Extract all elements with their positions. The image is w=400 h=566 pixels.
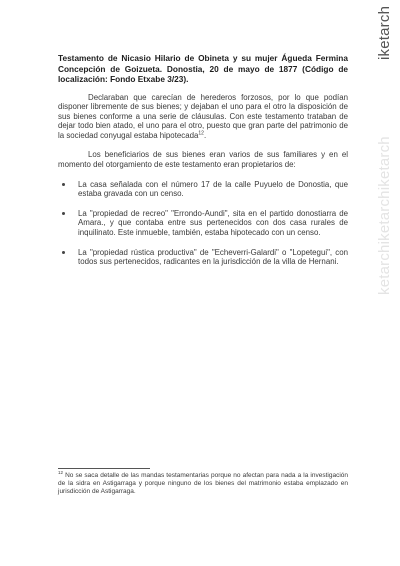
bullet-icon: [62, 251, 65, 254]
list-item-text: La casa señalada con el número 17 de la …: [78, 180, 348, 199]
watermark: ketarchiketarchiketarch iketarch: [372, 0, 398, 300]
list-item: La casa señalada con el número 17 de la …: [58, 180, 348, 199]
property-list: La casa señalada con el número 17 de la …: [58, 180, 348, 267]
bullet-icon: [62, 183, 65, 186]
list-item: La "propiedad rústica productiva" de "Ec…: [58, 248, 348, 267]
document-page: Testamento de Nicasio Hilario de Obineta…: [58, 53, 348, 277]
footnote-divider: [58, 468, 150, 469]
watermark-faint-text: ketarchiketarchiketarch: [376, 136, 393, 295]
paragraph-end: .: [204, 131, 206, 140]
footnote-text: No se saca detalle de las mandas testame…: [58, 472, 348, 495]
list-item-text: La "propiedad de recreo" "Errondo-Aundi"…: [78, 209, 348, 237]
footnote: 12 No se saca detalle de las mandas test…: [58, 472, 348, 495]
paragraph-beneficiaries: Los beneficiarios de sus bienes eran var…: [58, 150, 348, 169]
paragraph-heirs: Declaraban que carecían de herederos for…: [58, 93, 348, 141]
list-item-text: La "propiedad rústica productiva" de "Ec…: [78, 248, 348, 267]
watermark-logo-text: iketarch: [376, 6, 393, 60]
document-title: Testamento de Nicasio Hilario de Obineta…: [58, 53, 348, 85]
list-item: La "propiedad de recreo" "Errondo-Aundi"…: [58, 209, 348, 238]
bullet-icon: [62, 212, 65, 215]
